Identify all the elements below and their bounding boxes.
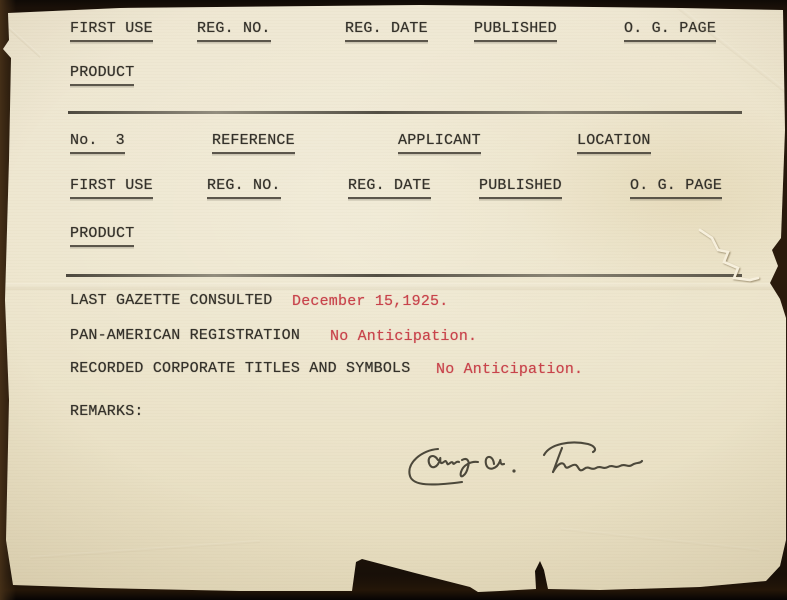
horizontal-fold-crease (0, 283, 787, 290)
column-header-og-page: O. G. PAGE (624, 21, 716, 42)
field-corporate-titles-value: No Anticipation. (436, 362, 583, 378)
column-header-reg-no: REG. NO. (197, 21, 271, 42)
remarks-label: REMARKS: (70, 404, 144, 420)
section-divider (68, 111, 742, 114)
field-pan-american-value: No Anticipation. (330, 329, 477, 345)
signature-icon (398, 436, 658, 500)
field-pan-american-label: PAN-AMERICAN REGISTRATION (70, 328, 300, 344)
column-header-reg-no-2: REG. NO. (207, 178, 281, 199)
paper-tear-icon (688, 222, 787, 312)
photo-background: FIRST USE REG. NO. REG. DATE PUBLISHED O… (0, 0, 787, 600)
bottom-wrinkle-crease (30, 540, 260, 559)
entry-number-value: 3 (116, 132, 125, 149)
product-label-2: PRODUCT (70, 226, 134, 247)
section-divider-2 (66, 274, 742, 277)
column-header-published: PUBLISHED (474, 21, 557, 42)
field-last-gazette-value: December 15,1925. (292, 294, 448, 310)
entry-number-label: No. (70, 132, 98, 149)
diagonal-crease-top-right (666, 0, 787, 111)
corner-fold-crease (0, 18, 42, 58)
column-header-reg-date: REG. DATE (345, 21, 428, 42)
column-header-reference: REFERENCE (212, 133, 295, 154)
field-last-gazette-label: LAST GAZETTE CONSULTED (70, 293, 272, 309)
column-header-published-2: PUBLISHED (479, 178, 562, 199)
column-header-location: LOCATION (577, 133, 651, 154)
product-label: PRODUCT (70, 65, 134, 86)
column-header-first-use-2: FIRST USE (70, 178, 153, 199)
bottom-wrinkle-crease-2 (560, 528, 759, 552)
column-header-og-page-2: O. G. PAGE (630, 178, 722, 199)
column-header-reg-date-2: REG. DATE (348, 178, 431, 199)
document-page: FIRST USE REG. NO. REG. DATE PUBLISHED O… (0, 0, 787, 600)
field-corporate-titles-label: RECORDED CORPORATE TITLES AND SYMBOLS (70, 361, 410, 377)
entry-number: No.3 (70, 133, 125, 154)
column-header-applicant: APPLICANT (398, 133, 481, 154)
column-header-first-use: FIRST USE (70, 21, 153, 42)
